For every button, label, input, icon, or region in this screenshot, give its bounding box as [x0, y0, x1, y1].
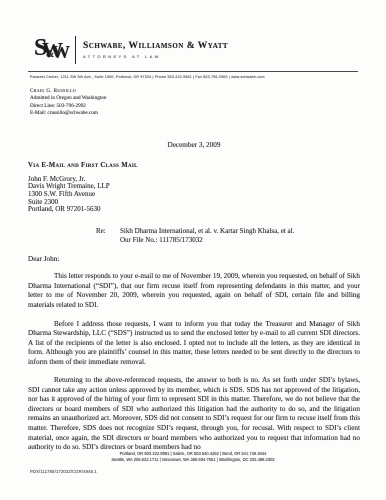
- letter-page: S W & W Schwabe, Williamson & Wyatt ATTO…: [0, 0, 386, 500]
- attorney-admitted: Admitted in Oregon and Washington: [30, 95, 386, 102]
- monogram-letter: W: [52, 43, 70, 61]
- recipient-address: John F. McGrory, Jr. Davis Wright Tremai…: [28, 176, 360, 215]
- body-paragraph: Returning to the above-referenced reques…: [28, 376, 360, 452]
- recipient-line: 1300 S.W. Fifth Avenue: [28, 191, 360, 199]
- attorney-block: Craig G. Russillo Admitted in Oregon and…: [30, 88, 386, 118]
- footer-offices: Portland, OR 503.222.9981 | Salem, OR 50…: [0, 451, 386, 463]
- firm-identity: Schwabe, Williamson & Wyatt ATTORNEYS AT…: [83, 41, 228, 59]
- re-label: Re:: [96, 227, 120, 244]
- body-paragraph: Before I address those requests, I want …: [28, 320, 360, 368]
- letterhead-rule: [28, 71, 358, 72]
- re-case-line: Sikh Dharma International, et al. v. Kar…: [120, 227, 294, 236]
- firm-tagline: ATTORNEYS AT LAW: [83, 54, 228, 59]
- re-block: Re: Sikh Dharma International, et al. v.…: [96, 227, 360, 244]
- firm-logo-monogram: S W & W: [34, 35, 70, 65]
- firm-name: Schwabe, Williamson & Wyatt: [83, 41, 228, 52]
- re-lines: Sikh Dharma International, et al. v. Kar…: [120, 227, 294, 244]
- logo-divider: [75, 36, 76, 64]
- document-id: PDX/111785/173032/CGR/4948.1: [30, 469, 97, 474]
- body-paragraph: This letter responds to your e-mail to m…: [28, 272, 360, 310]
- delivery-method: Via E-Mail and First Class Mail: [28, 162, 360, 169]
- re-file-line: Our File No.: 111785/173032: [120, 236, 294, 245]
- letterhead-address-line: Pacwest Center, 1211 SW 5th Ave., Suite …: [30, 75, 358, 79]
- letter-body: December 3, 2009 Via E-Mail and First Cl…: [28, 141, 360, 453]
- attorney-email: E-Mail: crussillo@schwabe.com: [30, 110, 386, 117]
- footer-offices-line: Seattle, WA 206.622.1711 | Vancouver, WA…: [0, 457, 386, 463]
- recipient-line: Portland, OR 97201-5630: [28, 206, 360, 214]
- salutation: Dear John:: [28, 255, 360, 263]
- letter-date: December 3, 2009: [28, 141, 360, 149]
- letterhead: S W & W Schwabe, Williamson & Wyatt ATTO…: [34, 34, 386, 66]
